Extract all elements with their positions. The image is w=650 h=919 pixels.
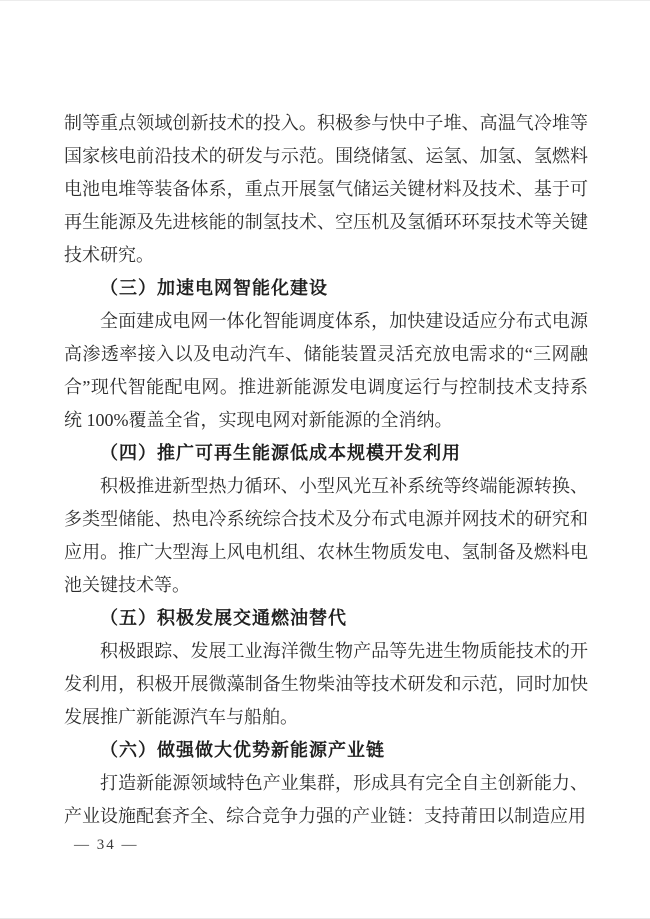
page-number: — 34 — — [74, 835, 139, 855]
section-heading-3: （三）加速电网智能化建设 — [64, 272, 588, 305]
section-4-paragraph: 积极推进新型热力循环、小型风光互补系统等终端能源转换、多类型储能、热电冷系统综合… — [64, 470, 588, 602]
section-3-paragraph: 全面建成电网一体化智能调度体系，加快建设适应分布式电源高渗透率接入以及电动汽车、… — [64, 305, 588, 437]
document-page: 制等重点领域创新技术的投入。积极参与快中子堆、高温气冷堆等国家核电前沿技术的研发… — [0, 0, 650, 919]
section-heading-5: （五）积极发展交通燃油替代 — [64, 602, 588, 635]
section-heading-4: （四）推广可再生能源低成本规模开发利用 — [64, 437, 588, 470]
section-heading-6: （六）做强做大优势新能源产业链 — [64, 734, 588, 767]
continuation-paragraph: 制等重点领域创新技术的投入。积极参与快中子堆、高温气冷堆等国家核电前沿技术的研发… — [64, 107, 588, 272]
document-body: 制等重点领域创新技术的投入。积极参与快中子堆、高温气冷堆等国家核电前沿技术的研发… — [64, 107, 588, 833]
section-6-paragraph: 打造新能源领域特色产业集群，形成具有完全自主创新能力、产业设施配套齐全、综合竞争… — [64, 767, 588, 833]
section-5-paragraph: 积极跟踪、发展工业海洋微生物产品等先进生物质能技术的开发利用，积极开展微藻制备生… — [64, 635, 588, 734]
